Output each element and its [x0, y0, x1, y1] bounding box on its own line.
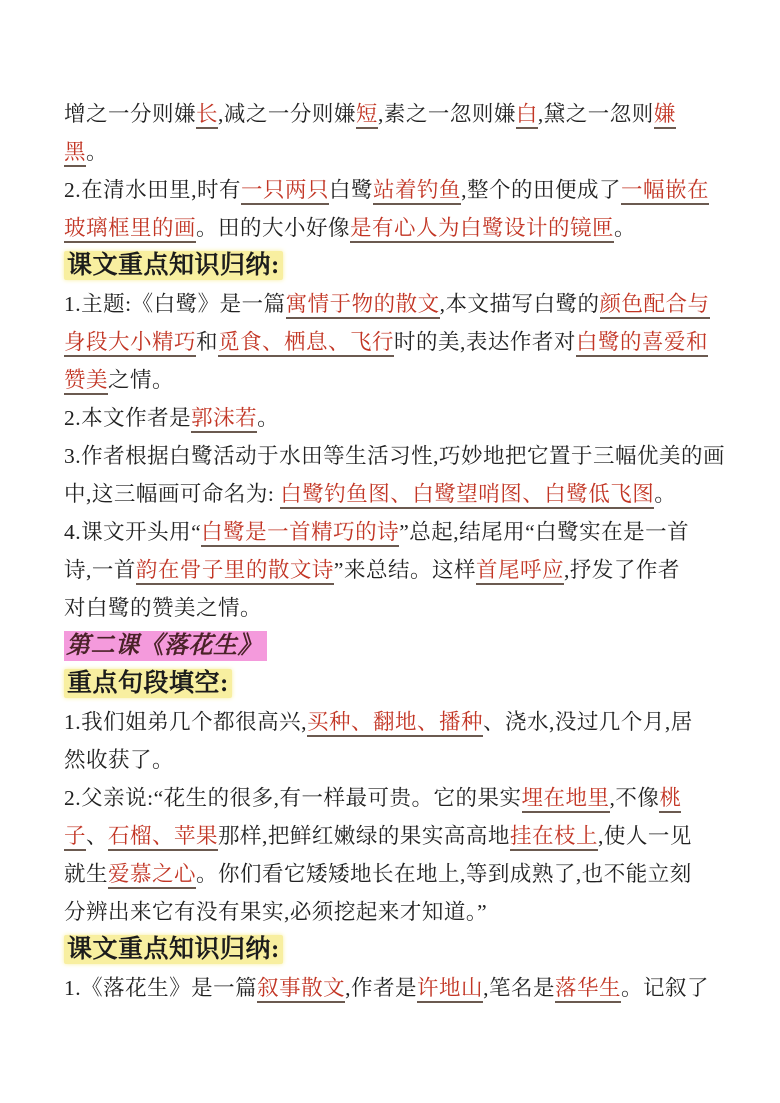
body-text: ,黛之一忽则	[538, 102, 654, 126]
body-text: 那样,把鲜红嫩绿的果实高高地	[218, 824, 510, 848]
red-underlined-text: 嫌	[654, 102, 676, 129]
body-text: 增之一分则嫌	[64, 102, 196, 126]
body-text: ,不像	[610, 786, 660, 810]
body-text: ,笔名是	[483, 976, 555, 1000]
body-text: 时的美,表达作者对	[394, 330, 576, 354]
red-underlined-text: 桃	[659, 786, 681, 813]
text-line: 1.我们姐弟几个都很高兴,买种、翻地、播种、浇水,没过几个月,居	[64, 703, 718, 741]
body-text: ,本文描写白鹭的	[440, 292, 600, 316]
red-underlined-text: 长	[196, 102, 218, 129]
body-text: 2.父亲说:“花生的很多,有一样最可贵。它的果实	[64, 786, 522, 810]
document-lines: 增之一分则嫌长,减之一分则嫌短,素之一忽则嫌白,黛之一忽则嫌黑。2.在清水田里,…	[64, 95, 718, 1007]
red-underlined-text: 短	[356, 102, 378, 129]
body-text: 。	[257, 406, 279, 430]
text-line: 对白鹭的赞美之情。	[64, 589, 718, 627]
red-underlined-text: 黑	[64, 140, 86, 167]
body-text: 然收获了。	[64, 748, 174, 772]
body-text: ,抒发了作者	[564, 558, 680, 582]
text-line: 增之一分则嫌长,减之一分则嫌短,素之一忽则嫌白,黛之一忽则嫌	[64, 95, 718, 133]
body-text: ,整个的田便成了	[461, 178, 621, 202]
text-line: 玻璃框里的画。田的大小好像是有心人为白鹭设计的镜匣。	[64, 209, 718, 247]
text-line: 3.作者根据白鹭活动于水田等生活习性,巧妙地把它置于三幅优美的画	[64, 437, 718, 475]
text-line: 课文重点知识归纳:	[64, 247, 718, 285]
body-text: 。	[614, 216, 636, 240]
red-underlined-text: 首尾呼应	[476, 558, 564, 585]
text-line: 中,这三幅画可命名为: 白鹭钓鱼图、白鹭望哨图、白鹭低飞图。	[64, 475, 718, 513]
body-text: ,作者是	[345, 976, 417, 1000]
body-text: 4.课文开头用“	[64, 520, 201, 544]
body-text: 白鹭	[329, 178, 373, 202]
body-text: 分辨出来它有没有果实,必须挖起来才知道。”	[64, 900, 487, 924]
body-text: ,素之一忽则嫌	[378, 102, 516, 126]
red-underlined-text: 一只两只	[241, 178, 329, 205]
body-text: 。记叙了	[621, 976, 709, 1000]
red-underlined-text: 许地山	[417, 976, 483, 1003]
text-line: 赞美之情。	[64, 361, 718, 399]
red-underlined-text: 玻璃框里的画	[64, 216, 196, 243]
red-underlined-text: 是有心人为白鹭设计的镜匣	[350, 216, 614, 243]
red-underlined-text: 一幅嵌在	[621, 178, 709, 205]
yellow-highlight-heading: 课文重点知识归纳:	[64, 251, 283, 280]
red-underlined-text: 颜色配合与	[600, 292, 710, 319]
yellow-highlight-heading: 课文重点知识归纳:	[64, 935, 283, 964]
text-line: 1.主题:《白鹭》是一篇寓情于物的散文,本文描写白鹭的颜色配合与	[64, 285, 718, 323]
red-underlined-text: 白鹭钓鱼图、白鹭望哨图、白鹭低飞图	[280, 482, 654, 509]
body-text: ,减之一分则嫌	[218, 102, 356, 126]
body-text: ”总起,结尾用“白鹭实在是一首	[399, 520, 689, 544]
red-underlined-text: 落华生	[555, 976, 621, 1003]
red-underlined-text: 白鹭是一首精巧的诗	[201, 520, 399, 547]
body-text: 对白鹭的赞美之情。	[64, 596, 262, 620]
body-text: 1.我们姐弟几个都很高兴,	[64, 710, 307, 734]
body-text: ”来总结。这样	[334, 558, 476, 582]
text-line: 2.父亲说:“花生的很多,有一样最可贵。它的果实埋在地里,不像桃	[64, 779, 718, 817]
text-line: 诗,一首韵在骨子里的散文诗”来总结。这样首尾呼应,抒发了作者	[64, 551, 718, 589]
body-text: 。田的大小好像	[196, 216, 350, 240]
red-underlined-text: 挂在枝上	[510, 824, 598, 851]
red-underlined-text: 白	[516, 102, 538, 129]
red-underlined-text: 赞美	[64, 368, 108, 395]
body-text: 和	[196, 330, 218, 354]
body-text: 3.作者根据白鹭活动于水田等生活习性,巧妙地把它置于三幅优美的画	[64, 444, 725, 468]
body-text: 、浇水,没过几个月,居	[483, 710, 693, 734]
body-text: 2.本文作者是	[64, 406, 191, 430]
red-underlined-text: 白鹭的喜爱和	[576, 330, 708, 357]
text-line: 重点句段填空:	[64, 665, 718, 703]
text-line: 课文重点知识归纳:	[64, 931, 718, 969]
text-line: 然收获了。	[64, 741, 718, 779]
text-line: 子、石榴、苹果那样,把鲜红嫩绿的果实高高地挂在枝上,使人一见	[64, 817, 718, 855]
red-underlined-text: 子	[64, 824, 86, 851]
text-line: 黑。	[64, 133, 718, 171]
red-underlined-text: 买种、翻地、播种	[307, 710, 483, 737]
body-text: ,使人一见	[598, 824, 692, 848]
text-line: 就生爱慕之心。你们看它矮矮地长在地上,等到成熟了,也不能立刻	[64, 855, 718, 893]
text-line: 2.在清水田里,时有一只两只白鹭站着钓鱼,整个的田便成了一幅嵌在	[64, 171, 718, 209]
body-text: 之情。	[108, 368, 174, 392]
text-line: 1.《落花生》是一篇叙事散文,作者是许地山,笔名是落华生。记叙了	[64, 969, 718, 1007]
pink-highlight-heading: 第二课《落花生》	[64, 631, 267, 661]
body-text: 1.主题:《白鹭》是一篇	[64, 292, 286, 316]
body-text: 、	[86, 824, 108, 848]
body-text: 1.《落花生》是一篇	[64, 976, 257, 1000]
body-text: 2.在清水田里,时有	[64, 178, 241, 202]
yellow-highlight-heading: 重点句段填空:	[64, 669, 232, 698]
text-line: 第二课《落花生》	[64, 627, 718, 665]
body-text: 。	[654, 482, 676, 506]
document-page: 增之一分则嫌长,减之一分则嫌短,素之一忽则嫌白,黛之一忽则嫌黑。2.在清水田里,…	[0, 0, 780, 1103]
body-text: 。	[86, 140, 108, 164]
red-underlined-text: 爱慕之心	[108, 862, 196, 889]
text-line: 身段大小精巧和觅食、栖息、飞行时的美,表达作者对白鹭的喜爱和	[64, 323, 718, 361]
text-line: 分辨出来它有没有果实,必须挖起来才知道。”	[64, 893, 718, 931]
red-underlined-text: 郭沫若	[191, 406, 257, 433]
red-underlined-text: 身段大小精巧	[64, 330, 196, 357]
red-underlined-text: 埋在地里	[522, 786, 610, 813]
text-line: 2.本文作者是郭沫若。	[64, 399, 718, 437]
red-underlined-text: 韵在骨子里的散文诗	[136, 558, 334, 585]
red-underlined-text: 站着钓鱼	[373, 178, 461, 205]
red-underlined-text: 石榴、苹果	[108, 824, 218, 851]
text-line: 4.课文开头用“白鹭是一首精巧的诗”总起,结尾用“白鹭实在是一首	[64, 513, 718, 551]
body-text: 中,这三幅画可命名为:	[64, 482, 280, 506]
body-text: 就生	[64, 862, 108, 886]
red-underlined-text: 寓情于物的散文	[286, 292, 440, 319]
body-text: 诗,一首	[64, 558, 136, 582]
body-text: 。你们看它矮矮地长在地上,等到成熟了,也不能立刻	[196, 862, 692, 886]
red-underlined-text: 觅食、栖息、飞行	[218, 330, 394, 357]
red-underlined-text: 叙事散文	[257, 976, 345, 1003]
